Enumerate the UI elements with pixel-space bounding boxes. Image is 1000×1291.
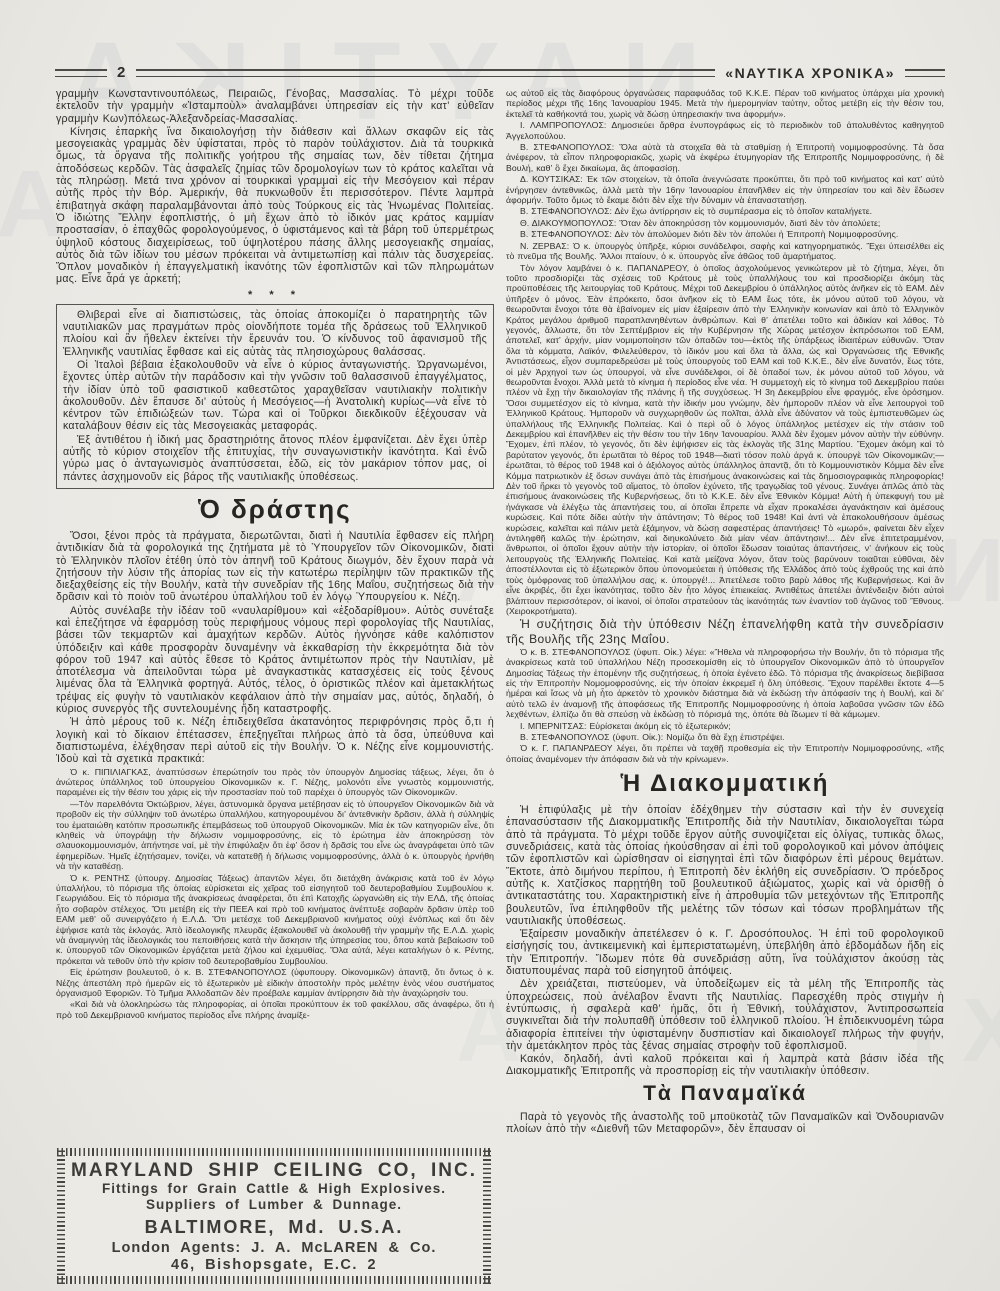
ad-border — [57, 1148, 491, 1156]
page-number: 2 — [117, 64, 126, 81]
paragraph-small: Ν. ΖΕΡΒΑΣ: Ὁ κ. ὑπουργὸς ὑπῆρξε, κύριοι … — [506, 241, 944, 262]
paragraph: Ἡ ἐπιφύλαξις μὲ τὴν ὁποίαν ἐδέχθημεν τὴν… — [506, 804, 944, 927]
paragraph-small: Ι. ΜΠΕΡΝΙΤΣΑΣ: Εὑρίσκεται ἀκόμη εἰς τὸ ἐ… — [506, 721, 944, 731]
scanned-journal-page: ΝΑΥΤΙΚΑ ΧΡΟΝΙΚΑ ΝΑΥΤΙΚΑ ΧΡΟΝΙΚΑ 2 «ΝΑΥΤΙ… — [0, 0, 1000, 1291]
ad-border — [57, 1148, 65, 1284]
paragraph-small: Εἰς ἐρώτησιν βουλευτοῦ, ὁ κ. Β. ΣΤΕΦΑΝΟΠ… — [56, 967, 494, 998]
journal-title: «ΝΑΥΤΙΚΑ ΧΡΟΝΙΚΑ» — [725, 65, 895, 81]
boxed-paragraph: Ἐξ ἀντιθέτου ἡ ἰδική μας δραστηριότης ἄτ… — [63, 434, 487, 483]
paragraph: Κίνησις ἐπαρκὴς ἵνα δικαιολογήσῃ τὴν διά… — [56, 126, 494, 286]
paragraph-small: Β. ΣΤΕΦΑΝΟΠΟΥΛΟΣ: Ὅλα αὐτὰ τὰ στοιχεῖα θ… — [506, 142, 944, 173]
header-rule — [136, 69, 715, 77]
paragraph-small: Ὁ κ. ΡΕΝΤΗΣ (ὑπουργ. Δημοσίας Τάξεως) ἀπ… — [56, 873, 494, 967]
emphasis-box: Θλιβεραὶ εἶνε αἱ διαπιστώσεις, τὰς ὁποία… — [56, 304, 494, 489]
paragraph: γραμμὴν Κωνσταντινουπόλεως, Πειραιῶς, Γέ… — [56, 88, 494, 125]
section-heading: Τὰ Παναμαϊκά — [506, 1082, 944, 1106]
page-header: 2 «ΝΑΥΤΙΚΑ ΧΡΟΝΙΚΑ» — [55, 64, 945, 81]
paragraph-small: Θ. ΔΙΑΚΟΥΜΟΠΟΥΛΟΣ: Ὅταν δὲν ἀποκηρύσσῃ τ… — [506, 218, 944, 228]
paragraph-small: Β. ΣΤΕΦΑΝΟΠΟΥΛΟΣ: Δὲν τὸν ἀπολύομεν διότ… — [506, 229, 944, 239]
paragraph-small: ως αὐτοῦ εἰς τὰς διαφόρους ὀργανώσεις πα… — [506, 88, 944, 119]
paragraph-small: Ι. ΛΑΜΠΡΟΠΟΥΛΟΣ: Δημοσιεύει ἄρθρα ἐνυπογ… — [506, 120, 944, 141]
paragraph-small: Β. ΣΤΕΦΑΝΟΠΟΥΛΟΣ: Δὲν ἔχω ἀντίρρησιν εἰς… — [506, 206, 944, 216]
ad-border — [483, 1148, 491, 1284]
paragraph: Κακόν, δηλαδή, ἀντὶ καλοῦ πρόκειται καὶ … — [506, 1053, 944, 1078]
paragraph: Ἡ ἀπὸ μέρους τοῦ κ. Νέζη ἐπιδειχθεῖσα ἀκ… — [56, 716, 494, 765]
paragraph: Ἐξαίρεσιν μοναδικὴν ἀπετέλεσεν ὁ κ. Γ. Δ… — [506, 928, 944, 977]
section-heading: Ὁ δράστης — [56, 494, 494, 525]
ad-agents: London Agents: J. A. McLAREN & Co. — [112, 1240, 437, 1257]
paragraph: Δὲν χρειάζεται, πιστεύομεν, νὰ ὑποδείξωμ… — [506, 978, 944, 1052]
paragraph: Ὅσοι, ξένοι πρὸς τὰ πράγματα, διερωτῶντα… — [56, 530, 494, 604]
paragraph-small: Τὸν λόγον λαμβάνει ὁ κ. ΠΑΠΑΝΔΡΕΟΥ, ὁ ὁπ… — [506, 263, 944, 617]
ad-address: 46, Bishopsgate, E.C. 2 — [171, 1257, 377, 1273]
right-column: ως αὐτοῦ εἰς τὰς διαφόρους ὀργανώσεις πα… — [506, 88, 944, 1291]
paragraph: Παρὰ τὸ γεγονὸς τῆς ἀναστολῆς τοῦ μποϋκο… — [506, 1111, 944, 1136]
paragraph-small: Δ. ΚΟΥΤΣΙΚΑΣ: Ἐκ τῶν στοιχείων, τὰ ὁποῖα… — [506, 174, 944, 205]
paragraph-small: —Τὸν παρελθόντα Ὀκτώβριον, λέγει, ἀστυνο… — [56, 799, 494, 872]
boxed-paragraph: Οἱ Ἰταλοὶ βέβαια ἐξακολουθοῦν νὰ εἶνε ὁ … — [63, 359, 487, 433]
ad-content: MARYLAND SHIP CEILING CO, INC. Fittings … — [65, 1156, 483, 1276]
paragraph: Αὐτὸς συνέλαβε τὴν ἰδέαν τοῦ «ναυλαρίθμο… — [56, 605, 494, 716]
asterisk-separator: * * * — [56, 289, 494, 301]
ad-company-name: MARYLAND SHIP CEILING CO, INC. — [71, 1160, 477, 1181]
paragraph-small: Β. ΣΤΕΦΑΝΟΠΟΥΛΟΣ (ὑφυπ. Οἰκ.): Νομίζω ὅτ… — [506, 732, 944, 742]
left-column: γραμμὴν Κωνσταντινουπόλεως, Πειραιῶς, Γέ… — [56, 88, 494, 1288]
header-rule — [55, 69, 107, 77]
paragraph-small: Ὁ κ. Γ. ΠΑΠΑΝΡΔΕΟΥ λέγει, ὅτι πρέπει νὰ … — [506, 743, 944, 764]
ad-tagline-2: Suppliers of Lumber & Dunnage. — [146, 1197, 402, 1214]
header-rule — [905, 69, 945, 77]
ad-city: BALTIMORE, Md. U.S.A. — [145, 1216, 404, 1238]
ad-border — [57, 1276, 491, 1284]
boxed-paragraph: Θλιβεραὶ εἶνε αἱ διαπιστώσεις, τὰς ὁποία… — [63, 309, 487, 358]
paragraph-small: Ὁ κ. ΠΙΠΙΛΙΑΓΚΑΣ, ἀναπτύσσων ἐπερώτησίν … — [56, 767, 494, 798]
ad-tagline-1: Fittings for Grain Cattle & High Explosi… — [102, 1181, 446, 1198]
paragraph-small: «Καὶ διὰ νὰ ὁλοκληρώσω τὰς πληροφορίας, … — [56, 999, 494, 1020]
paragraph: Ἡ συζήτησις διὰ τὴν ὑπόθεσιν Νέζη ἐπανελ… — [506, 617, 944, 645]
paragraph-small: Ὁ κ. Β. ΣΤΕΦΑΝΟΠΟΥΛΟΣ (ὑφυπ. Οἰκ.) λέγει… — [506, 647, 944, 720]
advertisement: MARYLAND SHIP CEILING CO, INC. Fittings … — [57, 1148, 491, 1284]
section-heading: Ἡ Διακομματική — [506, 770, 944, 798]
